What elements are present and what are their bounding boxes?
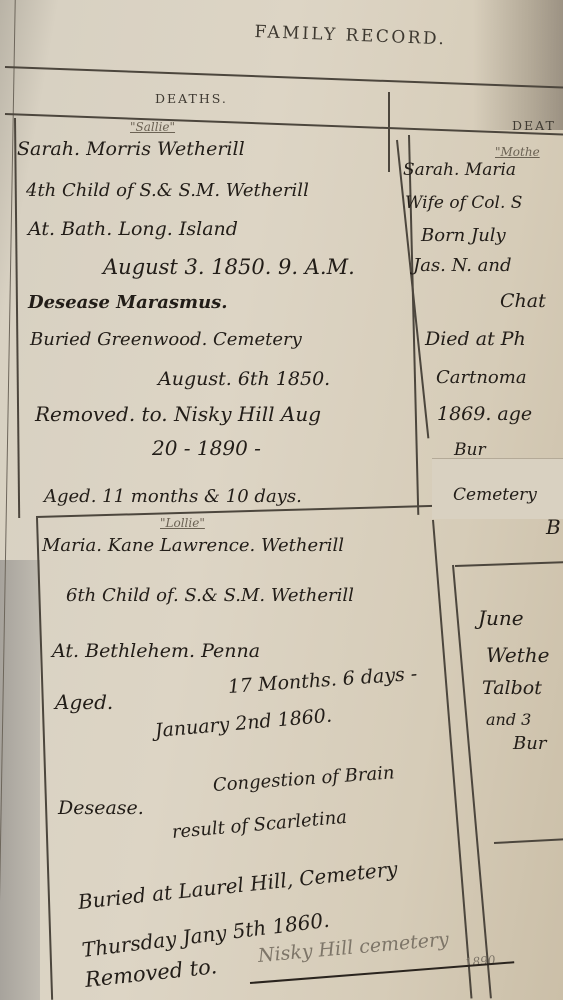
entry1-nickname: "Sallie"	[130, 120, 175, 134]
page-shadow	[0, 560, 40, 1000]
right-card2-bottom	[494, 838, 563, 843]
entry1-parentage: 4th Child of S.& S.M. Wetherill	[26, 180, 309, 201]
card2-right-border	[432, 520, 472, 999]
entry2-birthplace: At. Bethlehem. Penna	[52, 640, 260, 662]
entry2-disease-cause: result of Scarletina	[171, 807, 348, 843]
entry1-burial: Buried Greenwood. Cemetery	[30, 329, 302, 350]
entry2-removed-year: 1890	[464, 953, 496, 970]
family-record-page: FAMILY RECORD. DEATHS. DEAT "Sallie" Sar…	[0, 0, 563, 1000]
right-entry1-nickname: "Mothe	[495, 145, 540, 159]
right-entry1-died: Died at Ph	[425, 328, 526, 350]
entry1-aged: Aged. 11 months & 10 days.	[44, 486, 302, 507]
entry2-nickname: "Lollie"	[160, 516, 205, 530]
column-divider-top	[388, 92, 390, 172]
right-entry1-wife-of: Wife of Col. S	[405, 193, 522, 213]
right-entry1-trailing: B	[546, 515, 561, 539]
entry2-disease-value: Congestion of Brain	[212, 762, 395, 796]
right-entry1-parents: Jas. N. and	[413, 255, 512, 276]
right-entry2-line1: June	[478, 606, 524, 630]
card1-left-border	[14, 118, 20, 518]
entry1-removed-date: 20 - 1890 -	[152, 436, 261, 460]
entry1-disease: Desease Marasmus.	[28, 292, 228, 313]
card1-right-border	[408, 135, 419, 515]
entry2-name: Maria. Kane Lawrence. Wetherill	[42, 535, 344, 556]
right-entry1-name: Sarah. Maria	[403, 160, 516, 180]
page-title: FAMILY RECORD.	[254, 22, 447, 49]
right-entry1-buried: Bur	[454, 440, 486, 460]
right-entry2-line4: and 3	[486, 710, 531, 729]
right-card-divider	[455, 561, 563, 566]
right-entry1-born: Born July	[421, 225, 506, 246]
entry2-aged-label: Aged.	[55, 690, 113, 714]
entry2-disease-label: Desease.	[58, 797, 144, 819]
right-entry1-parents-cont: Chat	[500, 290, 546, 312]
corner-shadow	[473, 0, 563, 130]
right-entry1-place: Cartnoma	[436, 367, 527, 388]
right-entry1-cemetery: Cemetery	[453, 485, 537, 505]
entry1-burial-date: August. 6th 1850.	[158, 368, 330, 390]
entry1-removed: Removed. to. Nisky Hill Aug	[35, 402, 321, 426]
right-entry1-year-age: 1869. age	[437, 403, 532, 425]
entry2-removed-label: Removed to.	[84, 954, 218, 992]
entry2-death-date: January 2nd 1860.	[154, 705, 333, 742]
entry2-underline-rule	[250, 961, 514, 983]
entry1-name: Sarah. Morris Wetherill	[17, 138, 245, 160]
deaths-header-left: DEATHS.	[155, 91, 228, 106]
entry2-burial: Buried at Laurel Hill, Cemetery	[77, 857, 399, 914]
right-entry2-line2: Wethe	[486, 643, 550, 667]
right-entry2-line3: Talbot	[482, 677, 542, 699]
right-entry2-line5: Bur	[513, 733, 546, 754]
entry2-aged-value: 17 Months. 6 days -	[227, 663, 418, 698]
entry1-birthplace: At. Bath. Long. Island	[28, 218, 238, 240]
deaths-header-right: DEAT	[512, 118, 556, 133]
right-card-left-border	[396, 140, 429, 439]
entry1-death-date: August 3. 1850. 9. A.M.	[103, 255, 355, 279]
entry2-parentage: 6th Child of. S.& S.M. Wetherill	[66, 585, 354, 606]
